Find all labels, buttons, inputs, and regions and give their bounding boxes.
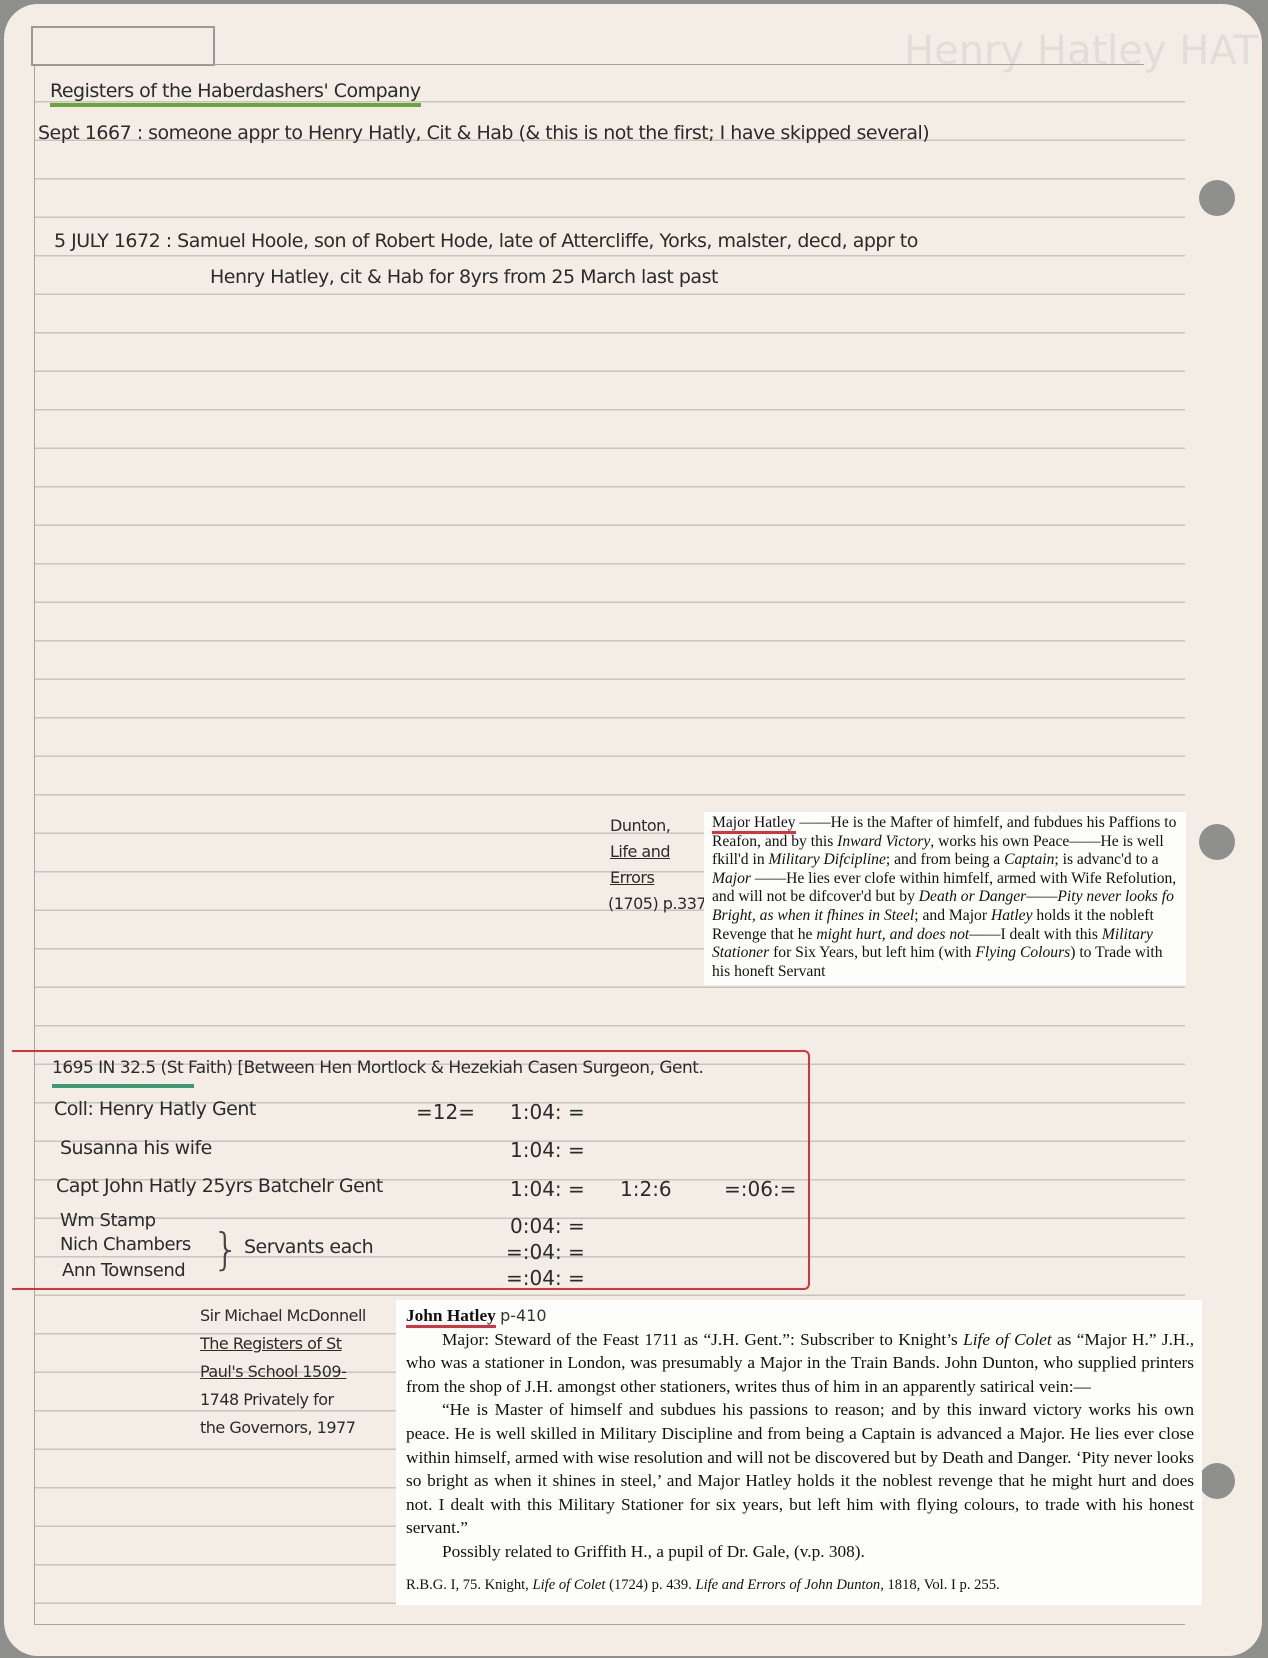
tax-row-name: Coll: Henry Hatly Gent bbox=[54, 1098, 256, 1120]
entry-1667: Sept 1667 : someone appr to Henry Hatly,… bbox=[38, 122, 929, 144]
servants-label: Servants each bbox=[244, 1236, 373, 1258]
tax-row-name: Capt John Hatly 25yrs Batchelr Gent bbox=[56, 1175, 383, 1197]
tax-row-amount: 1:04: = bbox=[510, 1138, 585, 1162]
stpauls-note-2: The Registers of St bbox=[200, 1334, 342, 1353]
punch-hole-middle bbox=[1199, 824, 1235, 860]
bleedthrough-heading: Henry Hatley HATLEY bbox=[904, 28, 1262, 74]
punch-hole-bottom bbox=[1199, 1463, 1235, 1499]
notebook-page: Henry Hatley HATLEY Registers of the Hab… bbox=[4, 4, 1262, 1656]
tax-row-name: Susanna his wife bbox=[60, 1137, 212, 1159]
tax-row-name: Nich Chambers bbox=[60, 1234, 191, 1255]
dunton-clipping: Major Hatley ——He is the Mafter of himfe… bbox=[704, 812, 1186, 985]
title-box bbox=[31, 26, 215, 66]
stpauls-note-1: Sir Michael McDonnell bbox=[200, 1306, 366, 1325]
stpauls-note-5: the Governors, 1977 bbox=[200, 1418, 355, 1437]
stpauls-note-3: Paul's School 1509- bbox=[200, 1362, 346, 1381]
stpauls-clipping: John Hatley p-410 Major: Steward of the … bbox=[396, 1300, 1202, 1605]
tax-row-rate: =12= bbox=[416, 1100, 475, 1124]
tax-header-highlight bbox=[52, 1084, 194, 1088]
quote-paragraph: “He is Master of himself and subdues his… bbox=[406, 1398, 1194, 1540]
dunton-note-2: Life and bbox=[610, 842, 670, 861]
page-note: p-410 bbox=[500, 1306, 546, 1325]
tax-row-name: Ann Townsend bbox=[62, 1260, 185, 1281]
clipping-lead: Major Hatley bbox=[712, 814, 796, 834]
entry-1672-line1: 5 JULY 1672 : Samuel Hoole, son of Rober… bbox=[54, 230, 918, 252]
tax-row-amount: 0:04: = bbox=[510, 1214, 585, 1238]
entry-1672-line2: Henry Hatley, cit & Hab for 8yrs from 25… bbox=[210, 266, 718, 288]
clipping-name: John Hatley bbox=[406, 1306, 496, 1328]
tax-header: 1695 IN 32.5 (St Faith) [Between Hen Mor… bbox=[52, 1058, 703, 1078]
dunton-note-1: Dunton, bbox=[610, 816, 670, 835]
section-heading: Registers of the Haberdashers' Company bbox=[50, 80, 421, 107]
dunton-note-4: (1705) p.337 bbox=[608, 894, 706, 913]
tax-row-amount: 1:04: = bbox=[510, 1177, 585, 1201]
stpauls-note-4: 1748 Privately for bbox=[200, 1390, 334, 1409]
tax-row-name: Wm Stamp bbox=[60, 1210, 156, 1231]
tax-row-amount: =:04: = bbox=[506, 1266, 585, 1290]
dunton-note-3: Errors bbox=[610, 868, 654, 887]
tax-row-extra: 1:2:6 bbox=[620, 1177, 672, 1201]
related-paragraph: Possibly related to Griffith H., a pupil… bbox=[406, 1540, 1194, 1564]
tax-row-amount: =:04: = bbox=[506, 1240, 585, 1264]
tax-row-extra2: =:06:= bbox=[724, 1177, 796, 1201]
punch-hole-top bbox=[1199, 180, 1235, 216]
tax-row-amount: 1:04: = bbox=[510, 1100, 585, 1124]
references: R.B.G. I, 75. Knight, Life of Colet (172… bbox=[406, 1574, 1194, 1598]
brace: } bbox=[212, 1224, 240, 1275]
